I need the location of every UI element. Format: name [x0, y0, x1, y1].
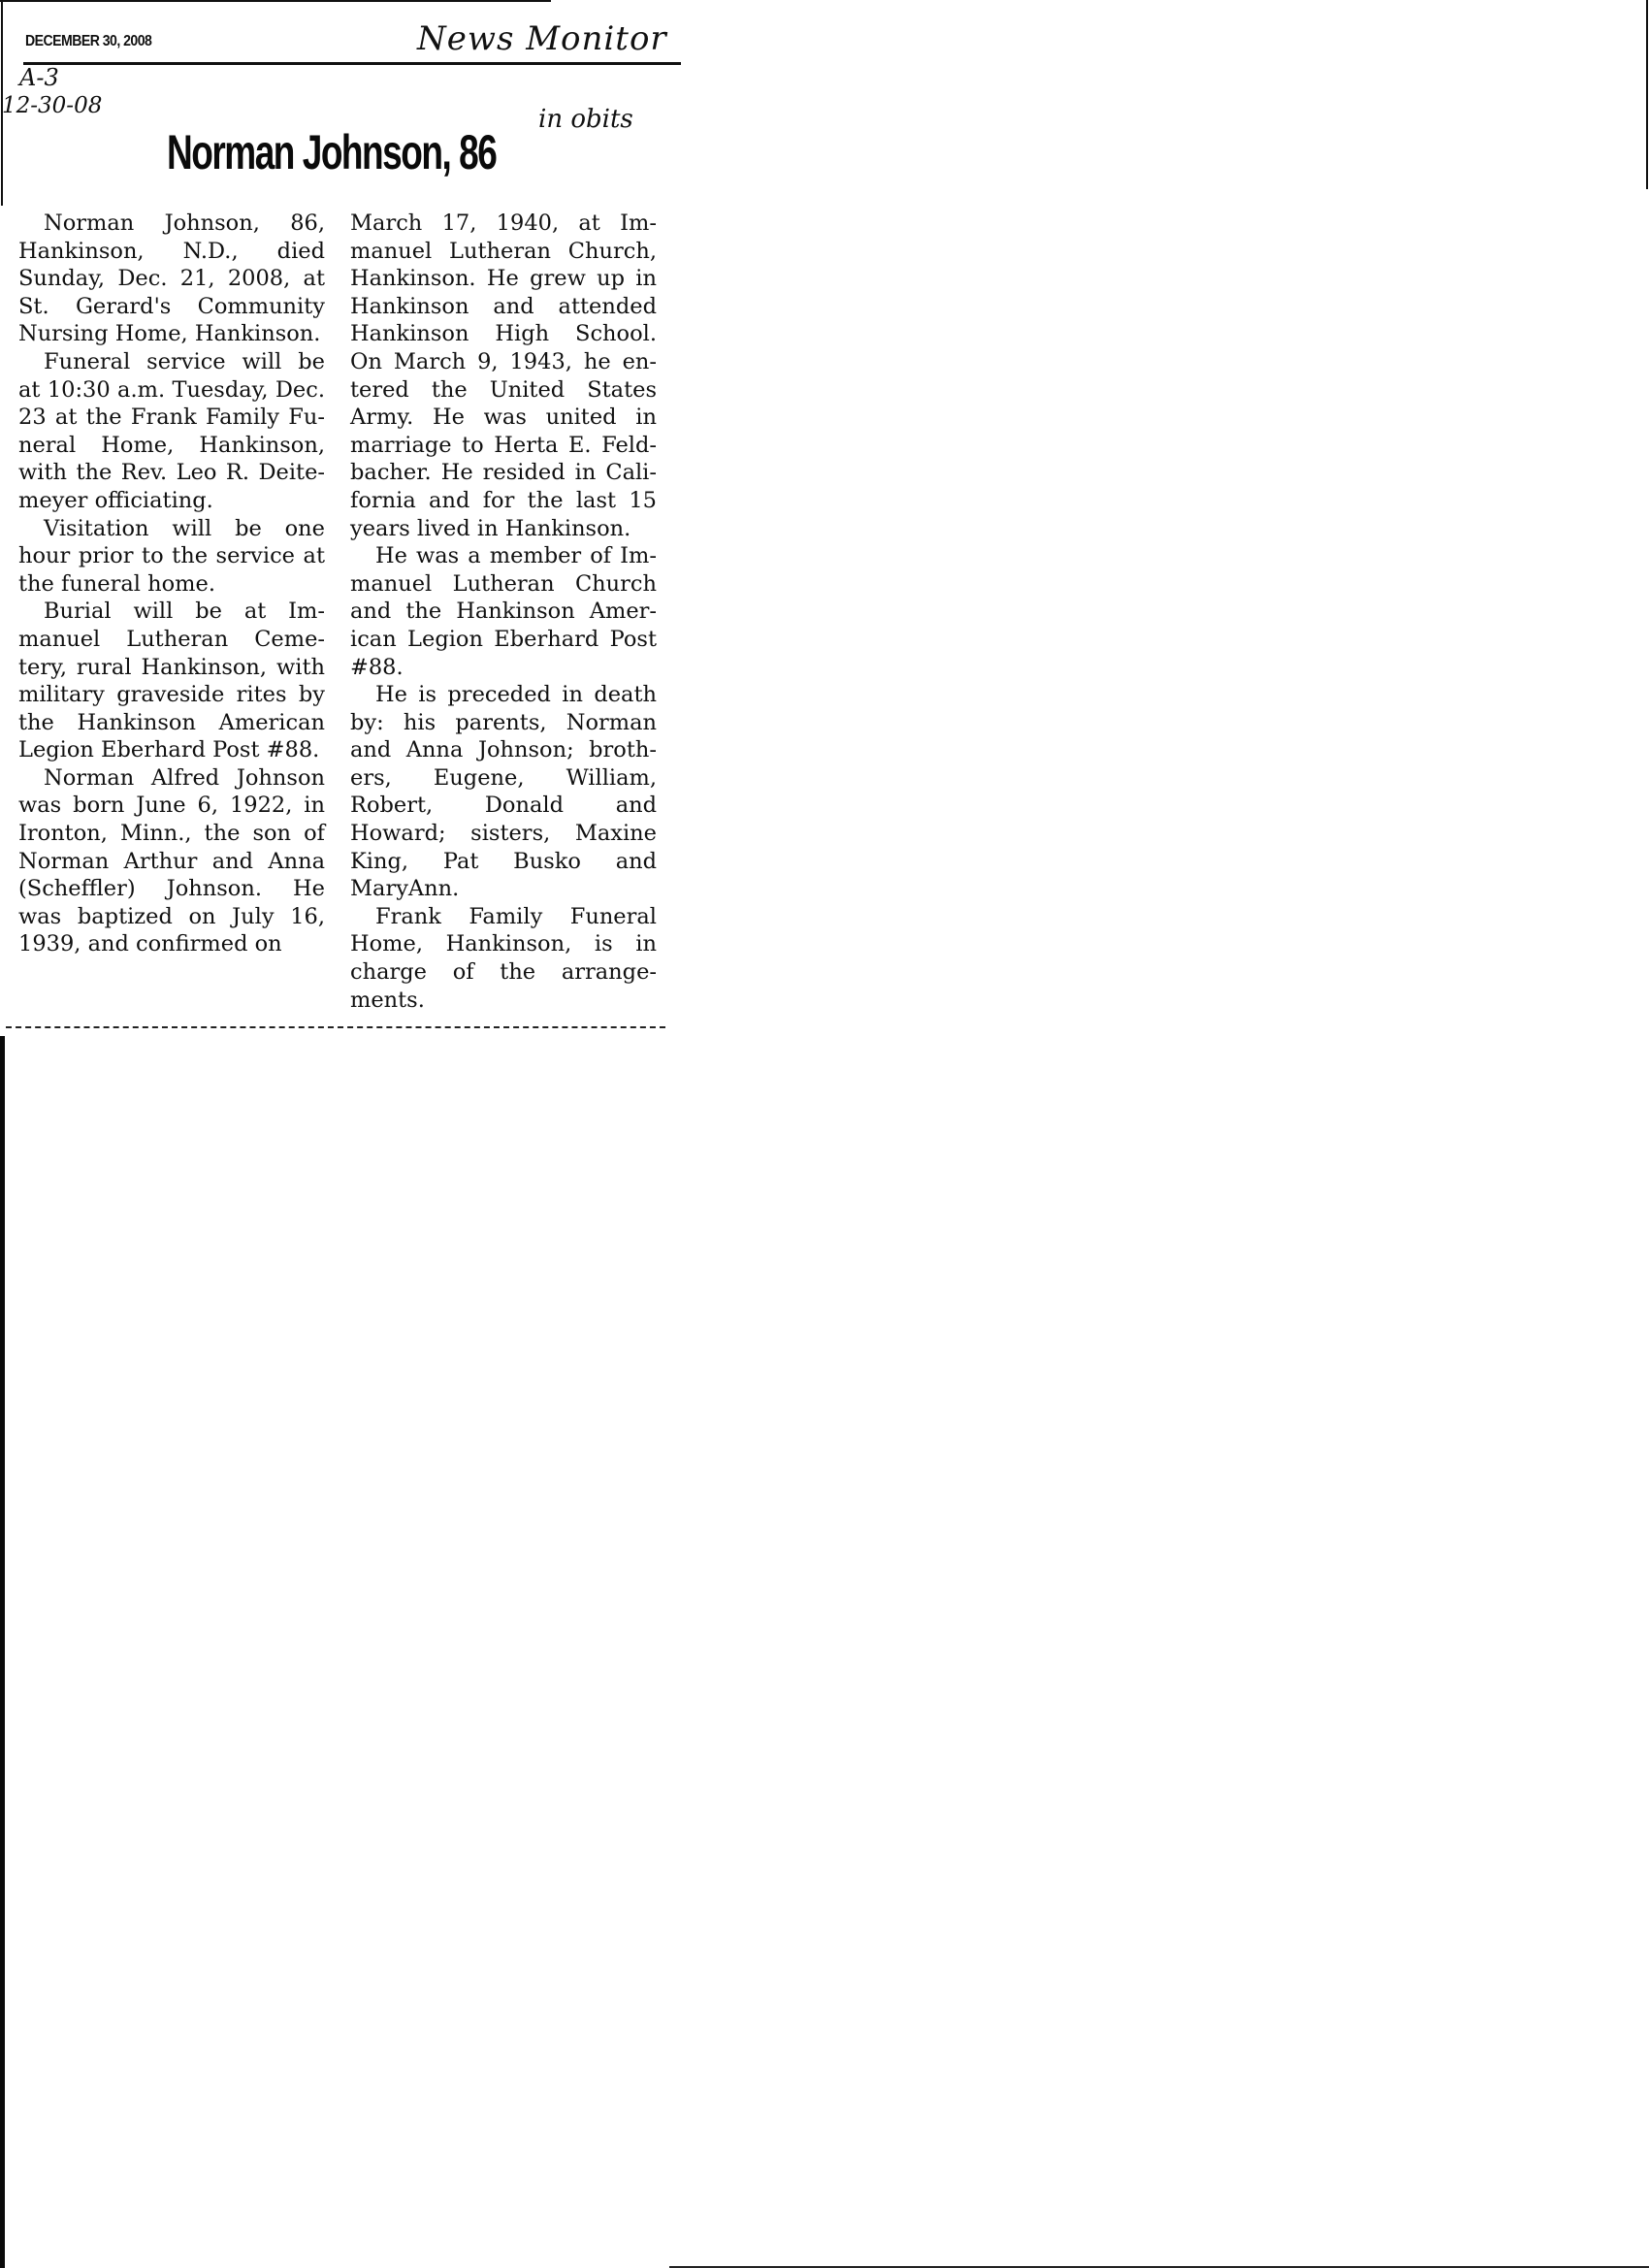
scan-edge-left-shadow	[0, 1036, 5, 2268]
scan-edge-right	[1646, 0, 1648, 189]
masthead-rule	[23, 62, 681, 65]
paragraph: Frank Family Funeral Home, Hankinson, is…	[350, 903, 657, 1014]
scan-edge-top	[0, 0, 551, 2]
handwritten-source-note: News Monitor	[417, 19, 667, 58]
paragraph: Norman Alfred Johnson was born June 6, 1…	[18, 764, 325, 958]
obituary-headline: Norman Johnson, 86	[167, 124, 496, 180]
paragraph: Funeral service will be at 10:30 a.m. Tu…	[18, 348, 325, 515]
paragraph: Norman Johnson, 86, Hankinson, N.D., die…	[18, 210, 325, 348]
paragraph: He is preceded in death by: his parents,…	[350, 681, 657, 903]
masthead-date: DECEMBER 30, 2008	[25, 33, 151, 50]
handwritten-section-note: in obits	[538, 105, 633, 134]
scanned-page: DECEMBER 30, 2008 News Monitor A-3 12-30…	[0, 0, 1649, 2268]
paragraph: Burial will be at Im­manuel Lutheran Cem…	[18, 598, 325, 764]
paragraph: Visitation will be one hour prior to the…	[18, 515, 325, 599]
handwritten-page-note: A-3	[19, 64, 59, 91]
article-column-right: March 17, 1940, at Im­manuel Lutheran Ch…	[350, 210, 657, 1014]
clipping-bottom-rule	[6, 1026, 665, 1028]
paragraph: He was a member of Im­manuel Lutheran Ch…	[350, 542, 657, 681]
article-column-left: Norman Johnson, 86, Hankinson, N.D., die…	[18, 210, 325, 958]
handwritten-date-note: 12-30-08	[2, 93, 102, 118]
paragraph: March 17, 1940, at Im­manuel Lutheran Ch…	[350, 210, 657, 542]
